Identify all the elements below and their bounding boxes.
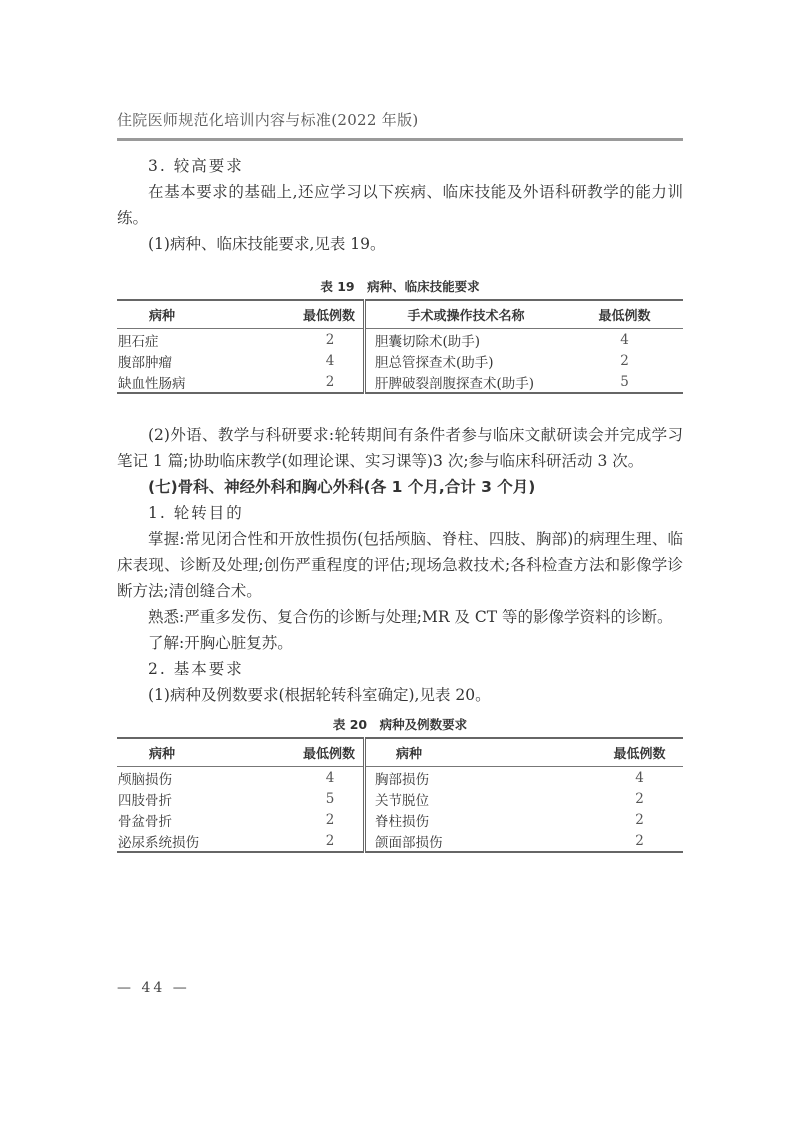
table19-caption: 表 19 病种、临床技能要求	[117, 277, 683, 295]
table-header-row: 病种 最低例数 病种 最低例数	[117, 738, 683, 767]
col-header-disease: 病种	[365, 738, 597, 767]
disease-cell: 腹部肿瘤	[117, 350, 207, 371]
count-cell: 2	[207, 329, 365, 351]
section-intro-paragraph: 在基本要求的基础上,还应学习以下疾病、临床技能及外语科研教学的能力训练。	[117, 179, 683, 231]
table20: 病种 最低例数 病种 最低例数 颅脑损伤 4 胸部损伤 4 四肢骨折 5 关节脱…	[117, 737, 683, 853]
count-cell: 4	[596, 767, 683, 789]
subsection-heading-basic-requirements: 2. 基本要求	[117, 656, 683, 682]
understand-paragraph: 了解:开胸心脏复苏。	[117, 630, 683, 656]
procedure-cell: 胆囊切除术(助手)	[365, 329, 567, 351]
col-header-min-count: 最低例数	[596, 738, 683, 767]
procedure-cell: 胆总管探查术(助手)	[365, 350, 567, 371]
count-cell: 2	[207, 371, 365, 393]
disease-cell: 颌面部损伤	[365, 830, 597, 852]
table-row: 颅脑损伤 4 胸部损伤 4	[117, 767, 683, 789]
disease-cell: 缺血性肠病	[117, 371, 207, 393]
col-header-min-count: 最低例数	[207, 738, 365, 767]
count-cell: 2	[566, 350, 683, 371]
page-number: — 44 —	[117, 980, 190, 996]
table-row: 骨盆骨折 2 脊柱损伤 2	[117, 809, 683, 830]
count-cell: 2	[207, 830, 365, 852]
col-header-disease: 病种	[117, 738, 207, 767]
disease-cell: 关节脱位	[365, 788, 597, 809]
section-heading-orthopedics: (七)骨科、神经外科和胸心外科(各 1 个月,合计 3 个月)	[117, 474, 683, 500]
table-row: 泌尿系统损伤 2 颌面部损伤 2	[117, 830, 683, 852]
col-header-procedure: 手术或操作技术名称	[365, 300, 567, 329]
subsection-heading-rotation-goal: 1. 轮转目的	[117, 500, 683, 526]
count-cell: 4	[207, 350, 365, 371]
disease-cell: 胆石症	[117, 329, 207, 351]
disease-cell: 四肢骨折	[117, 788, 207, 809]
table19: 病种 最低例数 手术或操作技术名称 最低例数 胆石症 2 胆囊切除术(助手) 4…	[117, 299, 683, 394]
col-header-min-count: 最低例数	[207, 300, 365, 329]
familiar-paragraph: 熟悉:严重多发伤、复合伤的诊断与处理;MR 及 CT 等的影像学资料的诊断。	[117, 604, 683, 630]
master-paragraph: 掌握:常见闭合性和开放性损伤(包括颅脑、脊柱、四肢、胸部)的病理生理、临床表现、…	[117, 526, 683, 604]
col-header-min-count: 最低例数	[566, 300, 683, 329]
foreign-language-teaching-research-paragraph: (2)外语、教学与科研要求:轮转期间有条件者参与临床文献研读会并完成学习笔记 1…	[117, 422, 683, 474]
table20-caption: 表 20 病种及例数要求	[117, 715, 683, 733]
table-row: 四肢骨折 5 关节脱位 2	[117, 788, 683, 809]
disease-cell: 胸部损伤	[365, 767, 597, 789]
count-cell: 2	[207, 809, 365, 830]
header-rule	[117, 138, 683, 141]
count-cell: 2	[596, 788, 683, 809]
table-row: 胆石症 2 胆囊切除术(助手) 4	[117, 329, 683, 351]
section-heading-higher-requirements: 3. 较高要求	[117, 153, 683, 179]
disease-cell: 泌尿系统损伤	[117, 830, 207, 852]
table-row: 缺血性肠病 2 肝脾破裂剖腹探查术(助手) 5	[117, 371, 683, 393]
count-cell: 2	[596, 830, 683, 852]
count-cell: 2	[596, 809, 683, 830]
count-cell: 5	[566, 371, 683, 393]
procedure-cell: 肝脾破裂剖腹探查术(助手)	[365, 371, 567, 393]
col-header-disease: 病种	[117, 300, 207, 329]
running-head: 住院医师规范化培训内容与标准(2022 年版)	[117, 109, 419, 130]
count-cell: 5	[207, 788, 365, 809]
table19-reference: (1)病种、临床技能要求,见表 19。	[117, 231, 683, 257]
count-cell: 4	[566, 329, 683, 351]
disease-cell: 颅脑损伤	[117, 767, 207, 789]
disease-cell: 骨盆骨折	[117, 809, 207, 830]
table20-reference: (1)病种及例数要求(根据轮转科室确定),见表 20。	[117, 682, 683, 708]
table-header-row: 病种 最低例数 手术或操作技术名称 最低例数	[117, 300, 683, 329]
table-row: 腹部肿瘤 4 胆总管探查术(助手) 2	[117, 350, 683, 371]
disease-cell: 脊柱损伤	[365, 809, 597, 830]
count-cell: 4	[207, 767, 365, 789]
